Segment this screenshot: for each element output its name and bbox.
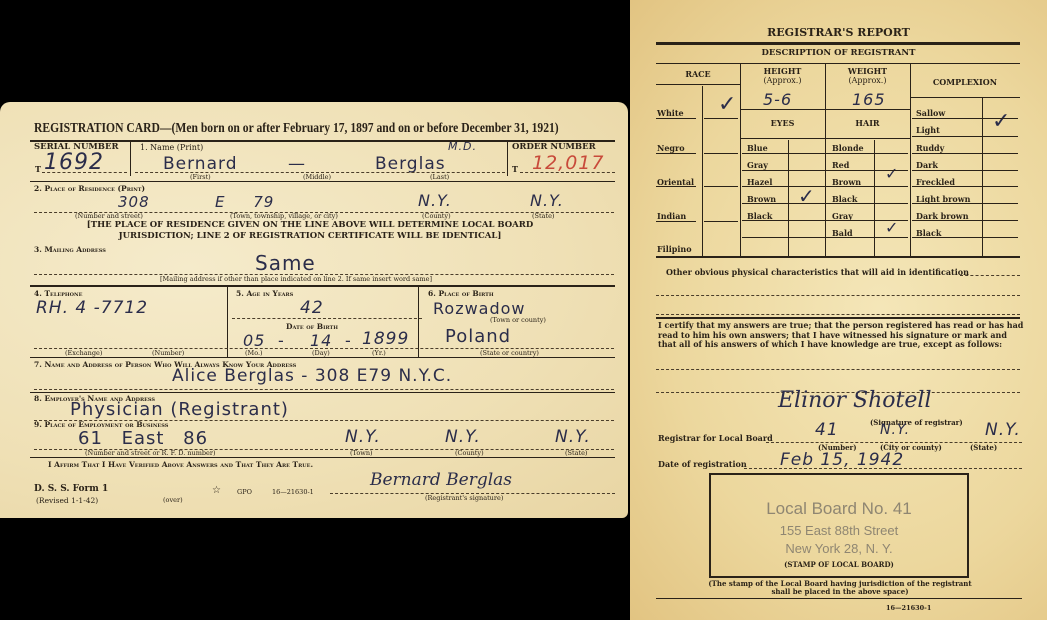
divider (418, 287, 419, 357)
divider (507, 142, 508, 176)
hair-red: Red (832, 160, 849, 170)
emp-county-sub-label: (County) (455, 449, 484, 457)
employment-town: N.Y. (345, 427, 381, 447)
divider (30, 285, 615, 287)
dob-year: 1899 (362, 329, 409, 349)
order-number-value: 12,017 (532, 152, 604, 174)
contact-value: Alice Berglas - 308 E79 N.Y.C. (172, 366, 452, 386)
divider (656, 118, 696, 119)
divider (704, 118, 738, 119)
race-negro: Negro (657, 143, 685, 153)
emp-state-sub-label: (State) (565, 449, 587, 457)
divider (656, 186, 696, 187)
local-board-number: 41 (815, 420, 839, 440)
divider (742, 203, 908, 204)
field-line (960, 275, 1020, 276)
complexion-dark: Dark (916, 160, 938, 170)
divider (740, 63, 741, 256)
report-title: REGISTRAR'S REPORT (630, 26, 1047, 39)
field-line (42, 172, 127, 173)
registrant-signature: Bernard Berglas (370, 470, 512, 490)
stamp-note-line-2: shall be placed in the above space) (700, 588, 980, 596)
first-sub-label: (First) (190, 173, 211, 181)
residence-county: N.Y. (418, 191, 452, 210)
residence-state: N.Y. (530, 191, 564, 210)
complexion-light-check-icon: ✓ (992, 112, 1010, 132)
stamp-caption: (STAMP OF LOCAL BOARD) (711, 560, 967, 569)
race-filipino: Filipino (657, 244, 692, 254)
divider (702, 86, 703, 256)
divider (912, 170, 1018, 171)
local-board-label: Registrar for Local Board (658, 433, 773, 443)
emp-town-sub-label: (Town) (350, 449, 373, 457)
divider (130, 142, 131, 176)
local-board-state: N.Y. (985, 420, 1021, 440)
print-code: 16—21630-1 (272, 488, 314, 496)
race-white: White (657, 108, 684, 118)
mailing-hint: [Mailing address if other than place ind… (160, 275, 432, 283)
number-sub-label: (Number) (152, 349, 184, 357)
divider (742, 186, 908, 187)
mailing-value: Same (255, 251, 316, 275)
mailing-label: 3. Mailing Address (34, 245, 106, 254)
report-subtitle: DESCRIPTION OF REGISTRANT (630, 48, 1047, 58)
jurisdiction-notice: [THE PLACE OF RESIDENCE GIVEN ON THE LIN… (30, 220, 590, 242)
weight-header-label: WEIGHT (825, 67, 910, 76)
divider (656, 84, 740, 85)
height-header-label: HEIGHT (740, 67, 825, 76)
notice-line-2: JURISDICTION; LINE 2 OF REGISTRATION CER… (30, 231, 590, 242)
divider (656, 317, 1020, 319)
divider (656, 598, 1022, 599)
hair-bald-check-icon: ✓ (885, 218, 898, 238)
complexion-sallow: Sallow (916, 108, 945, 118)
field-line (656, 369, 1020, 370)
middle-sub-label: (Middle) (303, 173, 331, 181)
over-note: (over) (163, 496, 183, 504)
last-sub-label: (Last) (430, 173, 449, 181)
divider (656, 256, 1020, 258)
card-title: REGISTRATION CARD—(Men born on or after … (34, 120, 559, 136)
divider (742, 153, 908, 154)
divider (910, 97, 1020, 98)
age-label: 5. Age in Years (236, 289, 293, 298)
stamp-line-1: Local Board No. 41 (711, 499, 967, 519)
revised-date: (Revised 1-1-42) (36, 496, 98, 505)
divider (912, 153, 1018, 154)
divider (227, 287, 228, 357)
field-line (656, 314, 1020, 315)
race-indian: Indian (657, 211, 686, 221)
star-icon: ☆ (212, 485, 221, 496)
country-sub-label: (State or country) (480, 349, 539, 357)
divider (912, 237, 1018, 238)
divider (912, 118, 1018, 119)
divider (656, 42, 1020, 45)
mo-sub-label: (Mo.) (245, 349, 263, 357)
affirmation-text: I Affirm That I Have Verified Above Answ… (48, 460, 313, 469)
gpo-label: GPO (237, 488, 252, 496)
divider (30, 357, 615, 358)
divider (910, 63, 911, 256)
complexion-ruddy: Ruddy (916, 143, 944, 153)
field-line (656, 295, 1020, 296)
divider (912, 136, 1018, 137)
birth-town-sub-label: (Town or county) (490, 316, 546, 324)
order-prefix: T (512, 164, 518, 174)
eyes-blue: Blue (747, 143, 768, 153)
weight-value: 165 (852, 90, 886, 109)
weight-approx: (Approx.) (825, 76, 910, 85)
date-label: Date of registration (658, 459, 747, 469)
divider (704, 153, 738, 154)
hair-brown-check-icon: ✓ (885, 164, 898, 184)
birthplace-label: 6. Place of Birth (428, 289, 494, 298)
divider (740, 138, 910, 139)
divider (874, 140, 875, 256)
divider (742, 170, 908, 171)
day-sub-label: (Day) (312, 349, 330, 357)
form-id: D. S. S. Form 1 (34, 484, 108, 494)
dob-label: Date of Birth (286, 322, 338, 331)
hair-header: HAIR (825, 119, 910, 128)
other-characteristics-label: Other obvious physical characteristics t… (666, 267, 969, 277)
telephone-value: RH. 4 -7712 (36, 298, 148, 318)
yr-sub-label: (Yr.) (372, 349, 386, 357)
employment-state: N.Y. (555, 427, 591, 447)
divider (788, 140, 789, 256)
weight-header: WEIGHT (Approx.) (825, 67, 910, 85)
height-approx: (Approx.) (740, 76, 825, 85)
certification-text: I certify that my answers are true; that… (658, 321, 1028, 350)
residence-street: 308 (118, 193, 150, 211)
race-header: RACE (656, 70, 740, 79)
state-sub-label: (State) (970, 443, 997, 452)
eyes-header: EYES (740, 119, 825, 128)
divider (656, 63, 1020, 64)
complexion-light: Light (916, 125, 940, 135)
town-sub-label: (Town, township, village, or city) (230, 212, 338, 220)
divider (704, 186, 738, 187)
divider (740, 109, 910, 110)
divider (912, 186, 1018, 187)
employment-street: 61 East 86 (78, 428, 208, 449)
county-sub-label: (County) (422, 212, 451, 220)
divider (30, 392, 615, 393)
field-line (744, 468, 1022, 469)
divider (912, 220, 1018, 221)
registration-date: Feb 15, 1942 (780, 450, 904, 470)
street-sub-label: (Number and street) (75, 212, 143, 220)
name-label: 1. Name (Print) (140, 143, 203, 152)
residence-label: 2. Place of Residence (Print) (34, 184, 145, 193)
report-print-code: 16—21630-1 (886, 604, 931, 612)
field-line (34, 389, 614, 390)
height-value: 5-6 (763, 90, 792, 109)
age-value: 42 (300, 298, 324, 318)
registration-card-front: REGISTRATION CARD—(Men born on or after … (0, 102, 628, 518)
field-line (232, 318, 422, 319)
divider (656, 221, 696, 222)
birth-country: Poland (445, 326, 511, 347)
name-suffix: M.D. (448, 140, 477, 153)
complexion-header: COMPLEXION (910, 78, 1020, 87)
divider (912, 203, 1018, 204)
registrar-signature: Elinor Shotell (778, 388, 931, 413)
notice-line-1: [THE PLACE OF RESIDENCE GIVEN ON THE LIN… (30, 220, 590, 231)
divider (742, 220, 908, 221)
signature-sub-label: (Registrant's signature) (425, 494, 503, 502)
order-number-label: ORDER NUMBER (512, 142, 596, 152)
field-line (520, 172, 615, 173)
divider (704, 221, 738, 222)
divider (982, 98, 983, 256)
divider (30, 181, 615, 182)
divider (656, 153, 696, 154)
stamp-line-2: 155 East 88th Street (711, 523, 967, 538)
employer-value: Physician (Registrant) (70, 399, 289, 420)
hair-blonde: Blonde (832, 143, 864, 153)
race-white-check-icon: ✓ (718, 95, 736, 115)
last-name: Berglas (375, 154, 446, 174)
divider (825, 63, 826, 256)
middle-name: — (288, 154, 306, 174)
first-name: Bernard (163, 154, 238, 174)
state-sub-label: (State) (532, 212, 554, 220)
local-board-city: N.Y. (880, 422, 910, 438)
emp-street-sub-label: (Number and street or R. F. D. number) (85, 449, 216, 457)
stamp-note: (The stamp of the Local Board having jur… (700, 580, 980, 596)
height-header: HEIGHT (Approx.) (740, 67, 825, 85)
divider (742, 237, 908, 238)
eyes-gray: Gray (747, 160, 768, 170)
serial-prefix: T (35, 164, 41, 174)
divider (30, 457, 615, 458)
residence-town: E 79 (215, 193, 274, 211)
employment-county: N.Y. (445, 427, 481, 447)
exchange-sub-label: (Exchange) (65, 349, 102, 357)
local-board-stamp: Local Board No. 41 155 East 88th Street … (709, 473, 969, 578)
telephone-label: 4. Telephone (34, 289, 82, 298)
stamp-line-3: New York 28, N. Y. (711, 541, 967, 556)
